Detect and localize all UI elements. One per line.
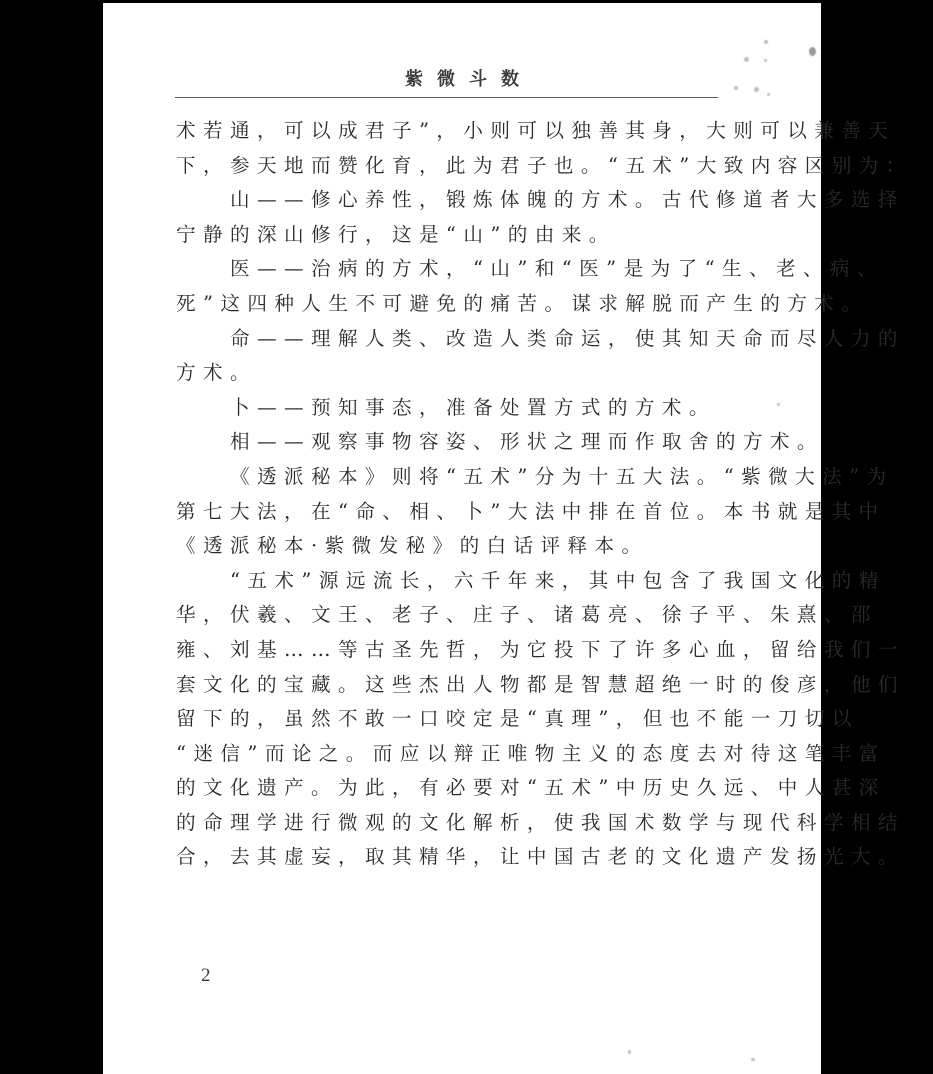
- text-line: 华，伏羲、文王、老子、庄子、诸葛亮、徐子平、朱熹、邵: [176, 598, 721, 633]
- scan-speck: [764, 59, 767, 62]
- scan-speck: [744, 57, 749, 62]
- scan-speck: [751, 1058, 755, 1061]
- text-line: 雍、刘基……等古圣先哲，为它投下了许多心血，留给我们一: [176, 633, 721, 668]
- header-rule: [175, 97, 718, 98]
- text-line: 卜——预知事态，准备处置方式的方术。: [176, 391, 721, 426]
- text-line: 下，参天地而赞化育，此为君子也。“五术”大致内容区别为：: [176, 149, 721, 184]
- scan-speck: [734, 86, 738, 90]
- text-line: 命——理解人类、改造人类命运，使其知天命而尽人力的: [176, 322, 721, 357]
- text-line: 留下的，虽然不敢一口咬定是“真理”，但也不能一刀切以: [176, 702, 721, 737]
- text-line: “五术”源远流长，六千年来，其中包含了我国文化的精: [176, 564, 721, 599]
- book-page: 紫微斗数 术若通，可以成君子”，小则可以独善其身，大则可以兼善天 下，参天地而赞…: [103, 3, 821, 1074]
- scan-speck: [754, 87, 759, 92]
- scan-speck: [764, 40, 768, 44]
- text-line: 的文化遗产。为此，有必要对“五术”中历史久远、中人甚深: [176, 771, 721, 806]
- page-number: 2: [201, 965, 211, 987]
- text-line: “迷信”而论之。而应以辩正唯物主义的态度去对待这笔丰富: [176, 737, 721, 772]
- scan-speck: [777, 403, 780, 406]
- text-line: 合，去其虚妄，取其精华，让中国古老的文化遗产发扬光大。: [176, 840, 721, 875]
- body-text: 术若通，可以成君子”，小则可以独善其身，大则可以兼善天 下，参天地而赞化育，此为…: [176, 114, 721, 875]
- running-head-title: 紫微斗数: [103, 65, 821, 91]
- text-line: 的命理学进行微观的文化解析，使我国术数学与现代科学相结: [176, 806, 721, 841]
- text-line: 第七大法，在“命、相、卜”大法中排在首位。本书就是其中: [176, 495, 721, 530]
- text-line: 方术。: [176, 356, 721, 391]
- text-line: 《透派秘本》则将“五术”分为十五大法。“紫微大法”为: [176, 460, 721, 495]
- text-line: 套文化的宝藏。这些杰出人物都是智慧超绝一时的俊彦，他们: [176, 668, 721, 703]
- text-line: 死”这四种人生不可避免的痛苦。谋求解脱而产生的方术。: [176, 287, 721, 322]
- scan-speck: [628, 1050, 631, 1054]
- text-line: 宁静的深山修行，这是“山”的由来。: [176, 218, 721, 253]
- scan-speck: [767, 93, 770, 96]
- text-line: 《透派秘本·紫微发秘》的白话评释本。: [176, 529, 721, 564]
- scan-speck: [809, 47, 816, 56]
- text-line: 术若通，可以成君子”，小则可以独善其身，大则可以兼善天: [176, 114, 721, 149]
- text-line: 山——修心养性，锻炼体魄的方术。古代修道者大多选择: [176, 183, 721, 218]
- text-line: 相——观察事物容姿、形状之理而作取舍的方术。: [176, 425, 721, 460]
- text-line: 医——治病的方术，“山”和“医”是为了“生、老、病、: [176, 252, 721, 287]
